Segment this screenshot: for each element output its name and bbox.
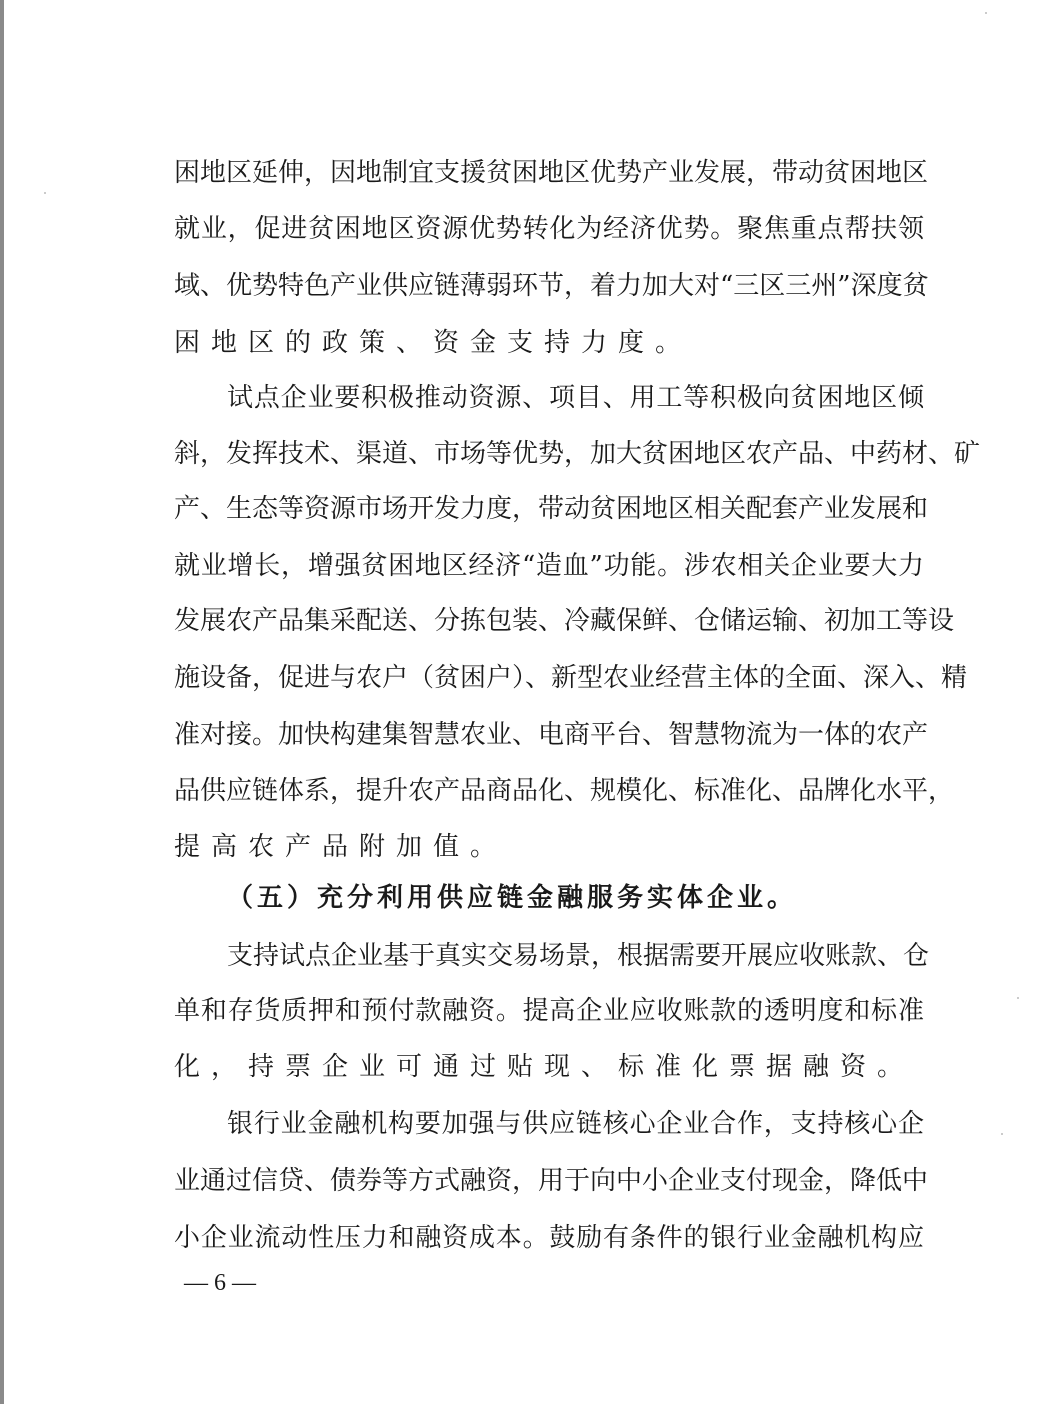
section-heading: （五）充分利用供应链金融服务实体企业。 xyxy=(227,882,924,914)
body-line: 就业增长，增强贫困地区经济“造血”功能。涉农相关企业要大力 xyxy=(174,550,924,582)
document-page: 困地区延伸，因地制宜支援贫困地区优势产业发展，带动贫困地区 就业，促进贫困地区资… xyxy=(0,0,1060,1404)
body-line: 提高农产品附加值。 xyxy=(174,831,924,863)
paragraph-first-line: 支持试点企业基于真实交易场景，根据需要开展应收账款、仓 xyxy=(227,940,924,972)
scan-speck xyxy=(1001,1133,1003,1135)
body-line: 斜，发挥技术、渠道、市场等优势，加大贫困地区农产品、中药材、矿 xyxy=(174,438,924,470)
body-line: 域、优势特色产业供应链薄弱环节，着力加大对“三区三州”深度贫 xyxy=(174,270,924,302)
body-line: 业通过信贷、债券等方式融资，用于向中小企业支付现金，降低中 xyxy=(174,1165,924,1197)
body-line: 施设备，促进与农户（贫困户）、新型农业经营主体的全面、深入、精 xyxy=(174,662,924,694)
scan-speck xyxy=(985,12,987,14)
body-line: 产、生态等资源市场开发力度，带动贫困地区相关配套产业发展和 xyxy=(174,493,924,525)
scan-speck xyxy=(1017,997,1019,999)
scan-speck xyxy=(44,192,46,194)
page-number: — 6 — xyxy=(184,1268,256,1298)
body-line: 化，持票企业可通过贴现、标准化票据融资。 xyxy=(174,1051,924,1083)
body-line: 品供应链体系，提升农产品商品化、规模化、标准化、品牌化水平， xyxy=(174,775,924,807)
paragraph-first-line: 银行业金融机构要加强与供应链核心企业合作，支持核心企 xyxy=(227,1108,924,1140)
body-line: 单和存货质押和预付款融资。提高企业应收账款的透明度和标准 xyxy=(174,995,924,1027)
body-line: 困地区延伸，因地制宜支援贫困地区优势产业发展，带动贫困地区 xyxy=(174,157,924,189)
body-line: 困地区的政策、资金支持力度。 xyxy=(174,327,924,359)
body-line: 就业，促进贫困地区资源优势转化为经济优势。聚焦重点帮扶领 xyxy=(174,213,924,245)
body-line: 发展农产品集采配送、分拣包装、冷藏保鲜、仓储运输、初加工等设 xyxy=(174,605,924,637)
body-line: 准对接。加快构建集智慧农业、电商平台、智慧物流为一体的农产 xyxy=(174,719,924,751)
body-line: 小企业流动性压力和融资成本。鼓励有条件的银行业金融机构应 xyxy=(174,1222,924,1254)
paragraph-first-line: 试点企业要积极推动资源、项目、用工等积极向贫困地区倾 xyxy=(227,382,924,414)
